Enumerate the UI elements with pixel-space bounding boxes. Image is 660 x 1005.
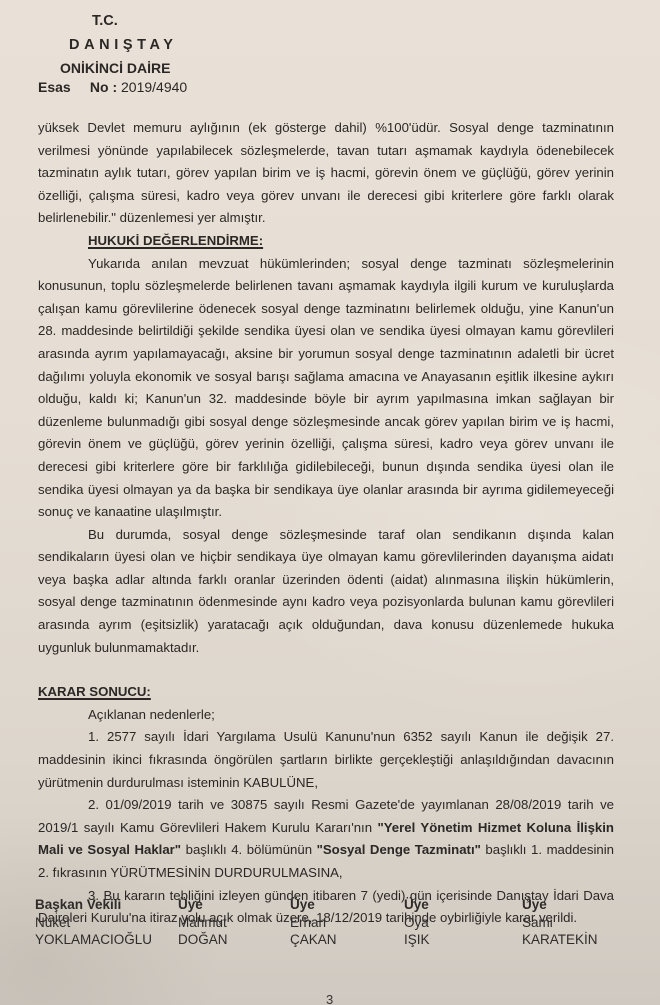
esas-label: Esas — [38, 79, 86, 95]
no-label: No : — [90, 79, 117, 95]
heading-legal-assessment: HUKUKİ DEĞERLENDİRME: — [38, 230, 614, 253]
signatory-role: Üye — [178, 896, 228, 914]
case-number-line: Esas No : 2019/4940 — [38, 79, 187, 95]
signatory: Üye Erhan ÇAKAN — [290, 896, 337, 949]
signatory: Üye Sami KARATEKİN — [522, 896, 598, 949]
decision-item-2-part: başlıklı 4. bölümünün — [181, 842, 317, 857]
signatory: Üye Mahmut DOĞAN — [178, 896, 228, 949]
chamber-name: ONİKİNCİ DAİRE — [60, 60, 170, 76]
heading-decision-text: KARAR SONUCU: — [38, 684, 151, 699]
signatory: Başkan Vekili Nüket YOKLAMACIOĞLU — [35, 896, 152, 949]
signatory-last-name: ÇAKAN — [290, 931, 337, 949]
signatory-role: Üye — [404, 896, 430, 914]
signatory-first-name: Mahmut — [178, 914, 228, 932]
signatory-last-name: IŞIK — [404, 931, 430, 949]
paragraph-reasons-intro: Açıklanan nedenlerle; — [38, 704, 614, 727]
case-number: 2019/4940 — [121, 79, 187, 95]
decision-item-2-title-2: "Sosyal Denge Tazminatı" — [317, 842, 481, 857]
heading-legal-assessment-text: HUKUKİ DEĞERLENDİRME: — [88, 233, 263, 248]
signatory-role: Başkan Vekili — [35, 896, 152, 914]
signature-block: Başkan Vekili Nüket YOKLAMACIOĞLU Üye Ma… — [0, 896, 660, 956]
signatory-role: Üye — [522, 896, 598, 914]
signatory-last-name: DOĞAN — [178, 931, 228, 949]
signatory-last-name: YOKLAMACIOĞLU — [35, 931, 152, 949]
court-name: DANIŞTAY — [69, 37, 178, 53]
signatory-first-name: Nüket — [35, 914, 152, 932]
signatory-role: Üye — [290, 896, 337, 914]
signatory-first-name: Oya — [404, 914, 430, 932]
republic-abbreviation: T.C. — [92, 13, 118, 29]
page-number: 3 — [326, 992, 333, 1005]
paragraph-assessment: Yukarıda anılan mevzuat hükümlerinden; s… — [38, 253, 614, 524]
document-body: yüksek Devlet memuru aylığının (ek göste… — [38, 117, 614, 930]
signatory-first-name: Erhan — [290, 914, 337, 932]
decision-item-1: 1. 2577 sayılı İdari Yargılama Usulü Kan… — [38, 726, 614, 794]
paragraph-conclusion: Bu durumda, sosyal denge sözleşmesinde t… — [38, 524, 614, 660]
paragraph-regulation-quote: yüksek Devlet memuru aylığının (ek göste… — [38, 117, 614, 230]
spacer — [38, 659, 614, 681]
signatory-last-name: KARATEKİN — [522, 931, 598, 949]
signatory: Üye Oya IŞIK — [404, 896, 430, 949]
heading-decision: KARAR SONUCU: — [38, 681, 614, 704]
signatory-first-name: Sami — [522, 914, 598, 932]
decision-item-2: 2. 01/09/2019 tarih ve 30875 sayılı Resm… — [38, 794, 614, 884]
